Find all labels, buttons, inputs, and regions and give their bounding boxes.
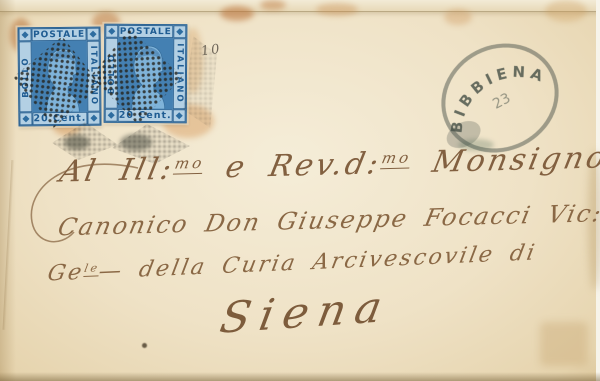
foxing-stain <box>316 3 358 16</box>
pencil-rate-note: 10 <box>200 42 222 60</box>
king-profile-icon <box>32 41 88 113</box>
address-line-3: Gele— della Curia Arcivescovile di <box>45 240 538 286</box>
address-line-2: Canonico Don Giuseppe Focacci Vic:rio <box>56 199 600 242</box>
stamp-inscription-italiano: ITALIANO <box>173 38 186 109</box>
foxing-stain <box>540 322 588 366</box>
postmark-town-arc: BIBBIENA <box>431 45 558 141</box>
foxing-stain <box>545 0 587 22</box>
stamp-inscription-bollo: BOLLO <box>105 38 118 109</box>
ornament-icon <box>90 115 97 122</box>
stamp-corner <box>19 112 32 125</box>
stamp-corner <box>105 25 118 38</box>
ink-smudge <box>64 135 90 150</box>
stamp-corner <box>105 109 118 122</box>
stamp-corner <box>87 112 100 125</box>
stamp-vignette <box>32 41 88 113</box>
ornament-icon <box>90 31 97 38</box>
envelope-bottom-shadow <box>0 372 600 381</box>
postmark-icon: BIBBIENA 23 <box>406 10 594 185</box>
stamp-value-label: 20 Cent. <box>32 112 87 126</box>
ornament-icon <box>108 28 115 35</box>
stamp-corner <box>173 109 186 122</box>
envelope-top-fold <box>0 0 600 12</box>
address-line-4-destination: Siena <box>216 282 394 344</box>
stamp-inscription-postale: POSTALE <box>31 28 86 42</box>
envelope-photo: POSTALE 20 Cent. BOLLO ITALIANO POSTALE … <box>0 0 600 381</box>
foxing-stain <box>220 6 254 21</box>
foxing-stain <box>588 150 600 290</box>
pen-flourish-icon <box>8 150 188 280</box>
stamp-corner <box>86 28 99 41</box>
foxing-stain <box>444 9 472 25</box>
stamp-inscription-italiano: ITALIANO <box>87 41 101 112</box>
stamp-corner <box>18 28 31 41</box>
stamp-value-label: 20 Cent. <box>118 109 173 122</box>
postage-stamp-left: POSTALE 20 Cent. BOLLO ITALIANO <box>17 27 101 127</box>
ornament-icon <box>22 115 29 122</box>
ink-speck <box>142 343 147 348</box>
stamp-corner <box>173 25 186 38</box>
stamp-vignette <box>118 38 173 109</box>
ink-smudge <box>458 139 494 151</box>
foxing-stain <box>260 0 286 10</box>
king-profile-icon <box>118 38 173 109</box>
stamp-inscription-bollo: BOLLO <box>19 41 33 112</box>
postmark-date: 23 <box>490 90 513 112</box>
postmark-bibbiena: BIBBIENA 23 <box>406 10 594 185</box>
stamp-inscription-postale: POSTALE <box>118 25 173 38</box>
ink-smudge <box>120 134 152 151</box>
ornament-icon <box>108 112 115 119</box>
ornament-icon <box>176 28 183 35</box>
ornament-icon <box>22 31 29 38</box>
postage-stamp-right: POSTALE 20 Cent. BOLLO ITALIANO <box>104 24 188 124</box>
ornament-icon <box>176 112 183 119</box>
